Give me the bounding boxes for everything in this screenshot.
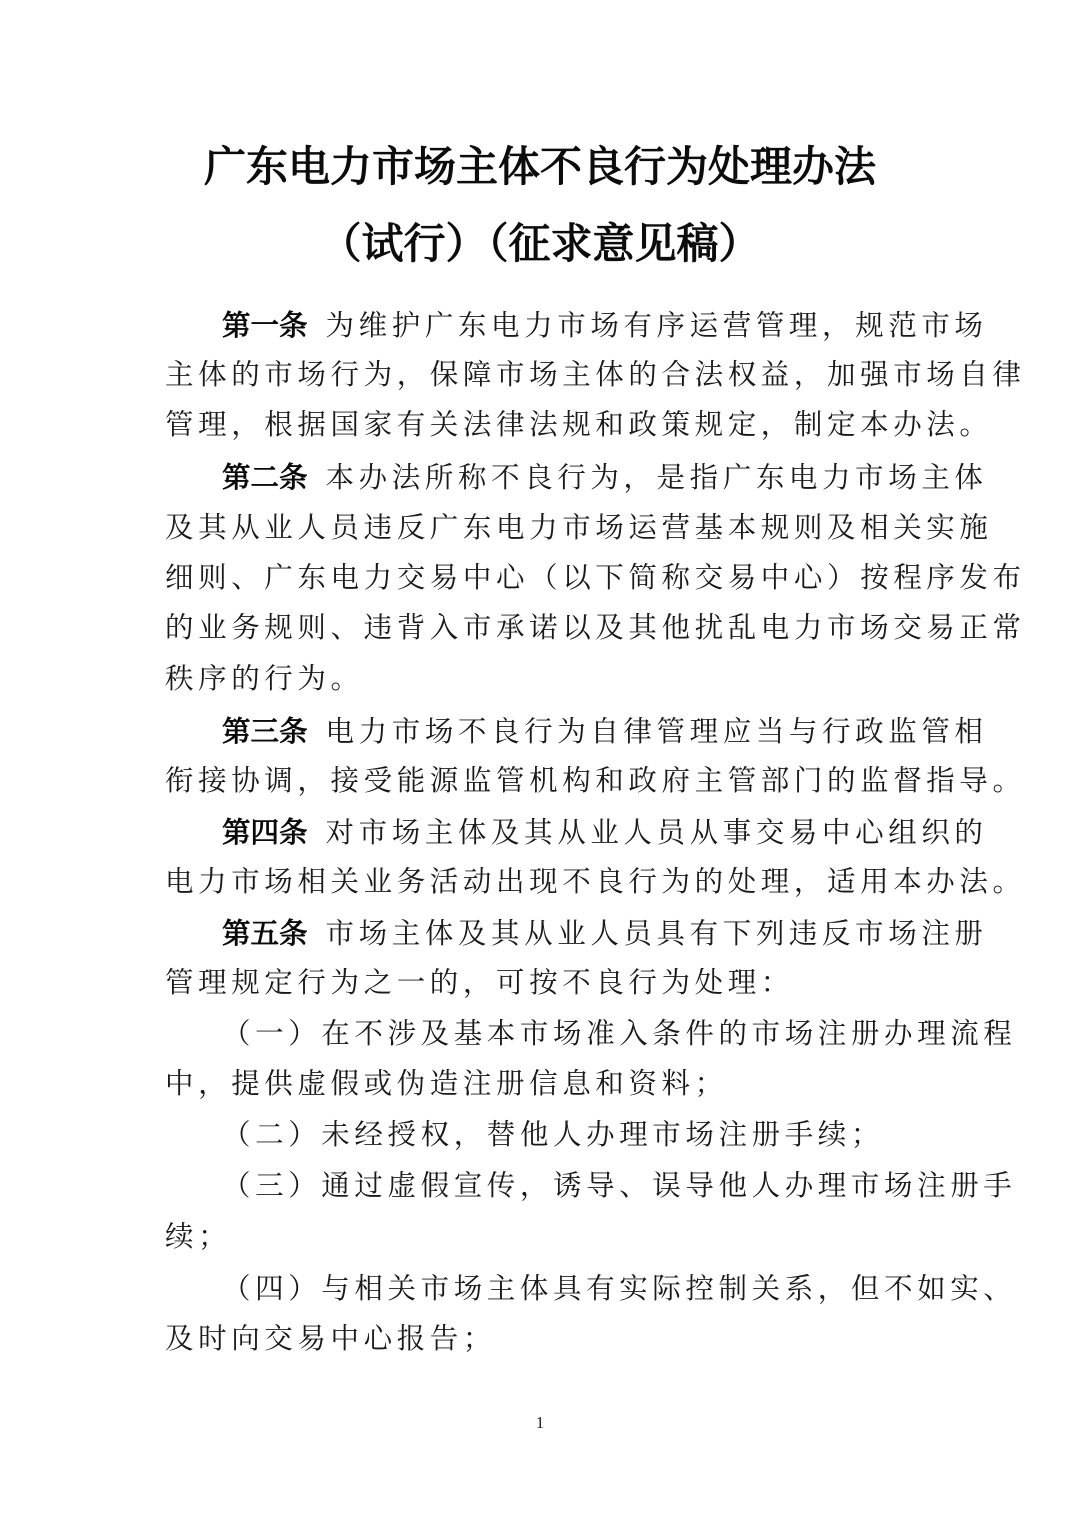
item-2-line-1: （二）未经授权，替他人办理市场注册手续； [222,1110,884,1160]
article-2-line-3: 细则、广东电力交易中心（以下简称交易中心）按程序发布 [165,553,1026,603]
page-number: 1 [0,1412,1080,1434]
article-2-line-4: 的业务规则、违背入市承诺以及其他扰乱电力市场交易正常 [165,603,1026,653]
article-number: 第五条 [222,916,308,950]
article-2-line-2: 及其从业人员违反广东电力市场运营基本规则及相关实施 [165,503,993,553]
article-4-line-1: 第四条对市场主体及其从业人员从事交易中心组织的 [222,807,988,857]
item-3-line-2: 续； [165,1212,231,1262]
item-1-line-1: （一）在不涉及基本市场准入条件的市场注册办理流程 [222,1009,1016,1059]
article-text: 对市场主体及其从业人员从事交易中心组织的 [326,816,988,849]
item-4-line-2: 及时向交易中心报告； [165,1314,496,1364]
article-number: 第三条 [222,714,308,748]
article-5-line-1: 第五条市场主体及其从业人员具有下列违反市场注册 [222,908,988,958]
item-4-line-1: （四）与相关市场主体具有实际控制关系，但不如实、 [222,1264,1016,1314]
article-number: 第一条 [222,308,308,342]
article-2-line-1: 第二条本办法所称不良行为，是指广东电力市场主体 [222,452,988,502]
article-text: 电力市场不良行为自律管理应当与行政监管相 [326,715,988,748]
document-subtitle: （试行）（征求意见稿） [0,214,1080,274]
article-1-line-1: 第一条为维护广东电力市场有序运营管理，规范市场 [222,300,988,350]
article-4-line-2: 电力市场相关业务活动出现不良行为的处理，适用本办法。 [165,857,1026,907]
document-page: 广东电力市场主体不良行为处理办法 （试行）（征求意见稿） 第一条为维护广东电力市… [0,0,1080,1527]
article-text: 为维护广东电力市场有序运营管理，规范市场 [326,309,988,342]
document-title: 广东电力市场主体不良行为处理办法 [0,137,1080,197]
article-text: 本办法所称不良行为，是指广东电力市场主体 [326,461,988,494]
article-2-line-5: 秩序的行为。 [165,654,364,704]
article-5-line-2: 管理规定行为之一的，可按不良行为处理： [165,958,794,1008]
article-1-line-2: 主体的市场行为，保障市场主体的合法权益，加强市场自律 [165,350,1026,400]
item-1-line-2: 中，提供虚假或伪造注册信息和资料； [165,1059,728,1109]
item-3-line-1: （三）通过虚假宣传，诱导、误导他人办理市场注册手 [222,1161,1016,1211]
article-3-line-2: 衔接协调，接受能源监管机构和政府主管部门的监督指导。 [165,756,1026,806]
article-number: 第四条 [222,815,308,849]
article-text: 市场主体及其从业人员具有下列违反市场注册 [326,917,988,950]
article-1-line-3: 管理，根据国家有关法律法规和政策规定，制定本办法。 [165,400,993,450]
article-number: 第二条 [222,460,308,494]
article-3-line-1: 第三条电力市场不良行为自律管理应当与行政监管相 [222,706,988,756]
